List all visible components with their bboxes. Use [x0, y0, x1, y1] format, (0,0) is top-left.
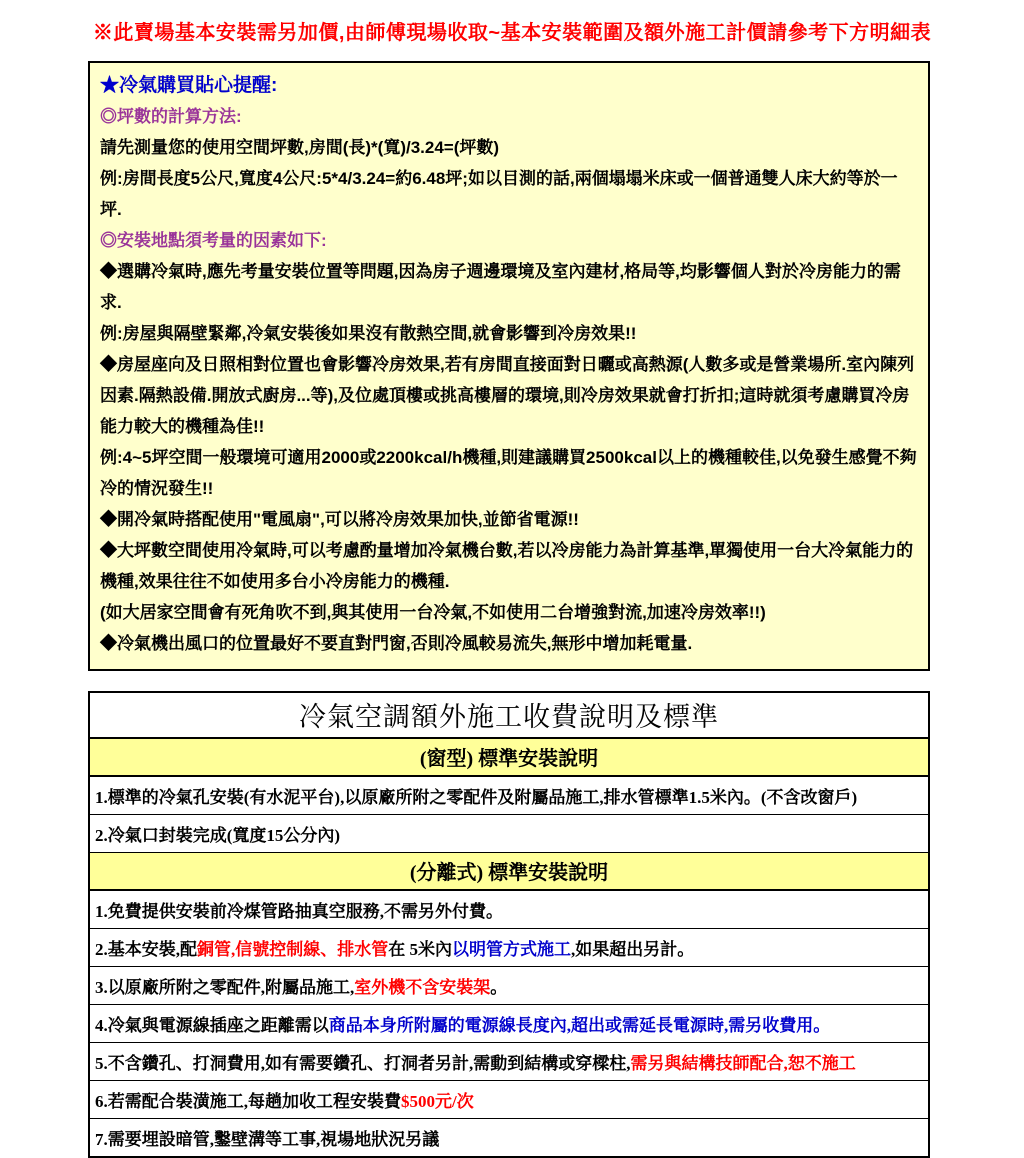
row-text: 1.免費提供安裝前冷煤管路抽真空服務,不需另外付費。 [95, 902, 503, 921]
row-text: 在 5米內 [388, 940, 452, 959]
purchase-tips-box: ★冷氣購買貼心提醒: ◎坪數的計算方法: 請先測量您的使用空間坪數,房間(長)*… [88, 61, 930, 671]
tips-line: ◆開冷氣時搭配使用"電風扇",可以將冷房效果加快,並節省電源!! [100, 504, 918, 535]
row-text-highlight: 室外機不含安裝架 [354, 978, 490, 997]
row-text-highlight: 以明管方式施工 [452, 940, 571, 959]
tips-line: ◆選購冷氣時,應先考量安裝位置等問題,因為房子週邊環境及室內建材,格局等,均影響… [100, 256, 918, 318]
window-type-section-header: (窗型) 標準安裝說明 [90, 739, 928, 777]
table-row: 3.以原廠所附之零配件,附屬品施工,室外機不含安裝架。 [90, 967, 928, 1005]
tips-subheading: ◎坪數的計算方法: [100, 101, 918, 132]
tips-line: (如大居家空間會有死角吹不到,與其使用一台冷氣,不如使用二台增強對流,加速冷房效… [100, 597, 918, 628]
row-text: 5.不含鑽孔、打洞費用,如有需要鑽孔、打洞者另計,需動到結構或穿樑柱, [95, 1054, 631, 1073]
row-text-highlight: 商品本身所附屬的電源線長度內,超出或需延長電源時,需另收費用。 [329, 1016, 831, 1035]
tips-line: ◆冷氣機出風口的位置最好不要直對門窗,否則冷風較易流失,無形中增加耗電量. [100, 628, 918, 659]
row-text: 7.需要埋設暗管,鑿壁溝等工事,視場地狀況另議 [95, 1130, 439, 1149]
row-text-highlight: 需另與結構技師配合,恕不施工 [631, 1054, 856, 1073]
table-title: 冷氣空調額外施工收費說明及標準 [90, 693, 928, 739]
table-row: 2.冷氣口封裝完成(寬度15公分內) [90, 815, 928, 853]
table-row: 6.若需配合裝潢施工,每趟加收工程安裝費$500元/次 [90, 1081, 928, 1119]
table-row: 1.免費提供安裝前冷煤管路抽真空服務,不需另外付費。 [90, 891, 928, 929]
row-text: 。 [490, 978, 507, 997]
tips-title: ★冷氣購買貼心提醒: [100, 70, 918, 101]
extra-construction-fee-table: 冷氣空調額外施工收費說明及標準 (窗型) 標準安裝說明 1.標準的冷氣孔安裝(有… [88, 691, 930, 1158]
row-text: 3.以原廠所附之零配件,附屬品施工, [95, 978, 354, 997]
row-text-highlight: $500元/次 [401, 1092, 474, 1111]
table-row: 1.標準的冷氣孔安裝(有水泥平台),以原廠所附之零配件及附屬品施工,排水管標準1… [90, 777, 928, 815]
tips-line: ◆大坪數空間使用冷氣時,可以考慮酌量增加冷氣機台數,若以冷房能力為計算基準,單獨… [100, 535, 918, 597]
row-text: 1.標準的冷氣孔安裝(有水泥平台),以原廠所附之零配件及附屬品施工,排水管標準1… [95, 788, 857, 807]
tips-line: 例:房間長度5公尺,寬度4公尺:5*4/3.24=約6.48坪;如以目測的話,兩… [100, 163, 918, 225]
table-row: 4.冷氣與電源線插座之距離需以商品本身所附屬的電源線長度內,超出或需延長電源時,… [90, 1005, 928, 1043]
table-row: 5.不含鑽孔、打洞費用,如有需要鑽孔、打洞者另計,需動到結構或穿樑柱,需另與結構… [90, 1043, 928, 1081]
row-text: ,如果超出另計。 [571, 940, 694, 959]
table-row: 2.基本安裝,配銅管,信號控制線、排水管在 5米內以明管方式施工,如果超出另計。 [90, 929, 928, 967]
table-row: 7.需要埋設暗管,鑿壁溝等工事,視場地狀況另議 [90, 1119, 928, 1156]
row-text: 6.若需配合裝潢施工,每趟加收工程安裝費 [95, 1092, 401, 1111]
tips-subheading: ◎安裝地點須考量的因素如下: [100, 225, 918, 256]
installation-surcharge-notice: ※此賣場基本安裝需另加價,由師傅現場收取~基本安裝範圍及額外施工計價請參考下方明… [0, 16, 1024, 45]
tips-line: ◆房屋座向及日照相對位置也會影響冷房效果,若有房間直接面對日曬或高熱源(人數多或… [100, 349, 918, 442]
tips-line: 例:4~5坪空間一般環境可適用2000或2200kcal/h機種,則建議購買25… [100, 442, 918, 504]
row-text: 2.基本安裝,配 [95, 940, 197, 959]
row-text: 4.冷氣與電源線插座之距離需以 [95, 1016, 329, 1035]
row-text-highlight: 銅管,信號控制線、排水管 [197, 940, 388, 959]
split-type-section-header: (分離式) 標準安裝說明 [90, 853, 928, 891]
row-text: 2.冷氣口封裝完成(寬度15公分內) [95, 826, 340, 845]
tips-line: 例:房屋與隔壁緊鄰,冷氣安裝後如果沒有散熱空間,就會影響到冷房效果!! [100, 318, 918, 349]
tips-line: 請先測量您的使用空間坪數,房間(長)*(寬)/3.24=(坪數) [100, 132, 918, 163]
